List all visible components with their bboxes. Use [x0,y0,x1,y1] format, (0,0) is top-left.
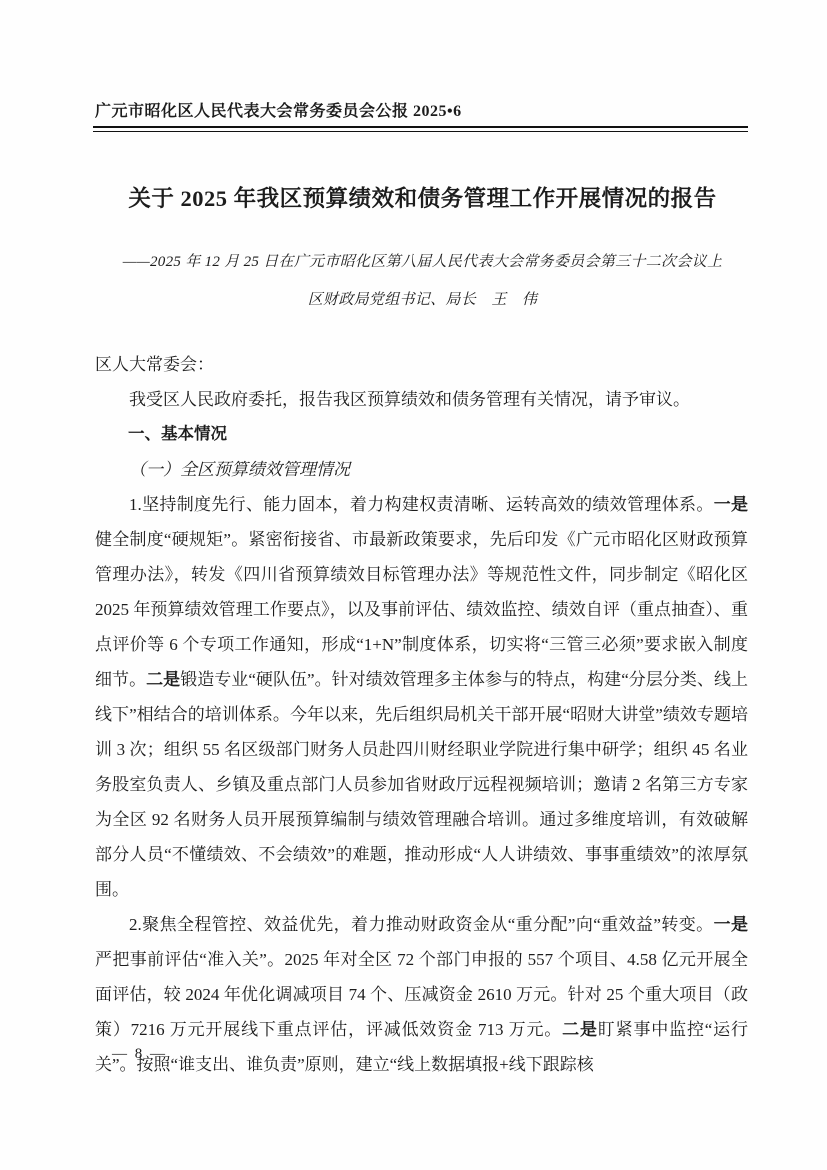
paragraph-2-emphasis-2: 二是 [562,1020,598,1039]
page-number: — 8 — [112,1046,167,1063]
paragraph-2-emphasis-1: 一是 [714,915,748,934]
section-heading-1: 一、基本情况 [95,417,748,452]
document-page: 广元市昭化区人民代表大会常务委员会公报 2025•6 关于 2025 年我区预算… [0,0,827,1170]
paragraph-1-text: 健全制度“硬规矩”。紧密衔接省、市最新政策要求，先后印发《广元市昭化区财政预算管… [95,530,748,689]
paragraph-1-emphasis-2: 二是 [146,670,180,689]
salutation: 区人大常委会： [95,347,748,382]
paragraph-1-text: 1.坚持制度先行、能力固本，着力构建权责清晰、运转高效的绩效管理体系。 [129,495,714,514]
presenter-subtitle: 区财政局党组书记、局长 王 伟 [75,288,770,309]
paragraph-2-text: 2.聚焦全程管控、效益优先，着力推动财政资金从“重分配”向“重效益”转变。 [129,915,714,934]
paragraph-1-emphasis-1: 一是 [714,495,748,514]
document-body: 区人大常委会： 我受区人民政府委托，报告我区预算绩效和债务管理有关情况，请予审议… [95,347,748,1082]
subsection-heading-1: （一）全区预算绩效管理情况 [95,452,748,487]
intro-paragraph: 我受区人民政府委托，报告我区预算绩效和债务管理有关情况，请予审议。 [95,382,748,417]
paragraph-1-text: 锻造专业“硬队伍”。针对绩效管理多主体参与的特点，构建“分层分类、线上线下”相结… [95,670,748,899]
header-divider [93,126,748,132]
paragraph-1: 1.坚持制度先行、能力固本，着力构建权责清晰、运转高效的绩效管理体系。一是健全制… [95,487,748,907]
paragraph-2: 2.聚焦全程管控、效益优先，着力推动财政资金从“重分配”向“重效益”转变。一是严… [95,907,748,1082]
document-title: 关于 2025 年我区预算绩效和债务管理工作开展情况的报告 [95,181,750,213]
meeting-subtitle: ——2025 年 12 月 25 日在广元市昭化区第八届人民代表大会常务委员会第… [75,250,770,271]
bulletin-header: 广元市昭化区人民代表大会常务委员会公报 2025•6 [95,98,462,121]
